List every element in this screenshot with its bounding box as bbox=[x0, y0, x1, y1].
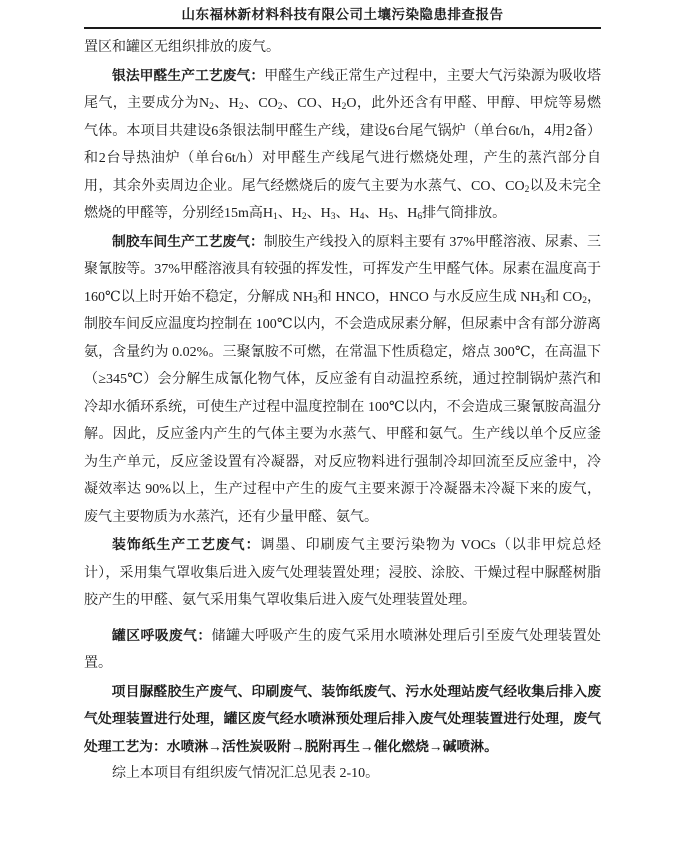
text-run: 排气筒排放。 bbox=[422, 206, 506, 221]
text-run: 置区和罐区无组织排放的废气。 bbox=[84, 40, 280, 55]
paragraph-lead: 罐区呼吸废气： bbox=[112, 628, 212, 643]
text-run: 、H bbox=[214, 96, 239, 111]
text-run: 、H bbox=[307, 206, 331, 221]
text-run: 和 HNCO，HNCO 与水反应生成 NH bbox=[318, 290, 541, 305]
text-run: 、H bbox=[278, 206, 302, 221]
decor-paper-waste-gas-paragraph: 装饰纸生产工艺废气：调墨、印刷废气主要污染物为 VOCs（以非甲烷总烃计），采用… bbox=[84, 531, 601, 615]
page-header-title: 山东福林新材料科技有限公司土壤污染隐患排查报告 bbox=[84, 7, 601, 27]
text-run: 项目脲醛胶生产废气、印刷废气、装饰纸废气、污水处理站废气经收集后排入废气处理装置… bbox=[84, 684, 601, 754]
table-reference-paragraph: 综上本项目有组织废气情况汇总见表 2-10。 bbox=[84, 760, 601, 788]
text-run: 综上本项目有组织废气情况汇总见表 2-10。 bbox=[112, 766, 379, 781]
paragraph-lead: 银法甲醛生产工艺废气： bbox=[112, 68, 264, 83]
page-content: 山东福林新材料科技有限公司土壤污染隐患排查报告 置区和罐区无组织排放的废气。银法… bbox=[0, 0, 681, 788]
text-run: 和 CO bbox=[545, 290, 582, 305]
text-run: 、H bbox=[393, 206, 417, 221]
text-run: 、H bbox=[336, 206, 360, 221]
paragraph-lead: 制胶车间生产工艺废气： bbox=[112, 234, 264, 249]
treatment-process-summary-paragraph: 项目脲醛胶生产废气、印刷废气、装饰纸废气、污水处理站废气经收集后排入废气处理装置… bbox=[84, 678, 601, 761]
paragraph-lead: 装饰纸生产工艺废气： bbox=[112, 537, 260, 552]
text-run: 、CO、H bbox=[283, 96, 342, 111]
text-run: 、CO bbox=[244, 96, 278, 111]
report-page: 山东福林新材料科技有限公司土壤污染隐患排查报告 置区和罐区无组织排放的废气。银法… bbox=[0, 0, 681, 846]
text-run: 、H bbox=[364, 206, 388, 221]
text-run: ，制胶车间反应温度均控制在 100℃以内，不会造成尿素分解，但尿素中含有部分游离… bbox=[84, 290, 601, 525]
silver-formaldehyde-waste-gas-paragraph: 银法甲醛生产工艺废气：甲醛生产线正常生产过程中，主要大气污染源为吸收塔尾气，主要… bbox=[84, 62, 601, 228]
continuation-paragraph: 置区和罐区无组织排放的废气。 bbox=[84, 34, 601, 62]
document-body: 置区和罐区无组织排放的废气。银法甲醛生产工艺废气：甲醛生产线正常生产过程中，主要… bbox=[84, 29, 601, 788]
tank-breathing-waste-gas-paragraph: 罐区呼吸废气：储罐大呼吸产生的废气采用水喷淋处理后引至废气处理装置处置。 bbox=[84, 622, 601, 678]
glue-workshop-waste-gas-paragraph: 制胶车间生产工艺废气：制胶生产线投入的原料主要有 37%甲醛溶液、尿素、三聚氰胺… bbox=[84, 228, 601, 532]
